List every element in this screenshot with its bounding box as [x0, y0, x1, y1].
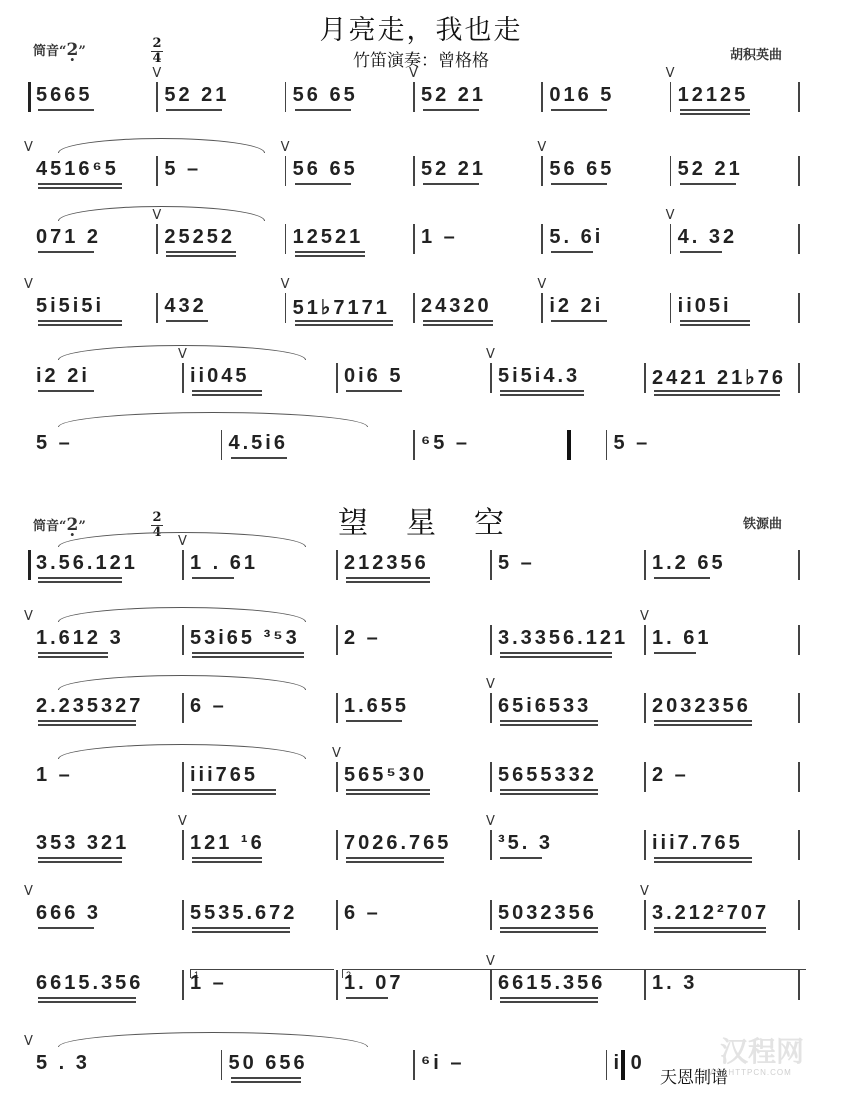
measure: 52 21: [413, 146, 541, 206]
measure: 5032356: [490, 890, 644, 950]
time-top: 2: [152, 511, 161, 525]
breath-mark-icon: V: [24, 884, 33, 899]
beam: [551, 109, 607, 111]
barline: [336, 762, 338, 792]
breath-mark-icon: V: [537, 277, 546, 292]
staff-line: i2 2iii045V0i6 55i5i4.3V2421 21♭76: [28, 353, 803, 413]
notes: 52 21: [678, 158, 743, 181]
notes: 1. 61: [652, 627, 711, 650]
barline: [336, 625, 338, 655]
notes: 52 21: [421, 84, 486, 107]
beam: [192, 394, 262, 396]
time-top: 2: [152, 37, 161, 51]
beam: [38, 109, 94, 111]
measure: 5i5i4.3V: [490, 353, 644, 413]
beam: [38, 861, 122, 863]
notes: 12125: [678, 84, 749, 107]
measure: 56 65: [285, 72, 413, 132]
barline: [28, 550, 31, 580]
breath-mark-icon: V: [537, 140, 546, 155]
barline: [490, 830, 492, 860]
beam: [423, 320, 493, 322]
barline: [156, 82, 158, 112]
notes: 4516⁶5: [36, 158, 119, 181]
measure: 6 –: [182, 683, 336, 743]
barline: [670, 224, 672, 254]
barline: [606, 1050, 608, 1080]
barline: [182, 830, 184, 860]
barline: [336, 693, 338, 723]
measure: i2 2i: [28, 353, 182, 413]
measure: 2421 21♭76: [644, 353, 798, 413]
notes: 2421 21♭76: [652, 365, 786, 390]
notes: 6 –: [190, 695, 227, 718]
notes: 5i5i4.3: [498, 365, 580, 388]
notes: 3.56.121: [36, 552, 138, 575]
beam: [680, 113, 750, 115]
barline: [670, 156, 672, 186]
barline: [670, 293, 672, 323]
beam: [38, 724, 136, 726]
notes: 4.5i6: [229, 432, 288, 455]
notes: 432: [164, 295, 206, 318]
beam: [500, 394, 584, 396]
measure: 56 65V: [285, 146, 413, 206]
measure: i2 2iV: [541, 283, 669, 343]
beam: [192, 577, 234, 579]
barline: [541, 224, 543, 254]
beam: [38, 320, 122, 322]
notes: iii7.765: [652, 832, 743, 855]
measure: 5i5i5iV: [28, 283, 156, 343]
slur: [58, 412, 368, 427]
volta-bracket-1: 1: [190, 969, 334, 978]
measure: 7026.765: [336, 820, 490, 880]
measure: 5535.672: [182, 890, 336, 950]
beam: [551, 251, 593, 253]
barline: [336, 830, 338, 860]
beam: [295, 324, 393, 326]
beam: [346, 997, 388, 999]
slur: [58, 138, 265, 153]
barline: [221, 430, 223, 460]
beam: [423, 324, 493, 326]
barline: [336, 550, 338, 580]
measure: ii05i: [670, 283, 798, 343]
beam: [500, 789, 598, 791]
barline: [285, 82, 287, 112]
notes: 5. 6i: [549, 226, 603, 249]
notes: 25252: [164, 226, 235, 249]
barline: [798, 82, 800, 112]
measure: 0i6 5: [336, 353, 490, 413]
measure: 3.3356.121: [490, 615, 644, 675]
barline: [490, 625, 492, 655]
measure: ii045V: [182, 353, 336, 413]
barline: [798, 156, 800, 186]
slur: [58, 345, 306, 360]
barline: [798, 293, 800, 323]
measure: ⁶5 –: [413, 420, 606, 480]
beam: [654, 861, 752, 863]
barline: [182, 900, 184, 930]
notes: 2032356: [652, 695, 751, 718]
staff-line: 4516⁶5V5 –56 65V52 2156 65V52 21: [28, 146, 803, 206]
beam: [192, 793, 276, 795]
barline: [541, 156, 543, 186]
measure: 1 . 61V: [182, 540, 336, 600]
barline: [798, 550, 800, 580]
beam: [38, 997, 136, 999]
breath-mark-icon: V: [24, 609, 33, 624]
time-bottom: 4: [152, 52, 161, 66]
barline: [644, 830, 646, 860]
measure: 353 321: [28, 820, 182, 880]
beam: [192, 390, 262, 392]
beam: [38, 652, 108, 654]
barline: [798, 224, 800, 254]
slur: [58, 675, 306, 690]
beam: [654, 720, 752, 722]
key-prefix: 筒音“: [33, 519, 66, 534]
piece-1-key: 筒音“2”: [33, 40, 86, 60]
volta-bracket-2: 2: [342, 969, 806, 978]
beam: [38, 581, 122, 583]
notes: 5 –: [36, 432, 73, 455]
barline: [670, 82, 672, 112]
breath-mark-icon: V: [486, 347, 495, 362]
staff-line: 1 –iii765565⁵30V56553322 –: [28, 752, 803, 812]
barline: [336, 363, 338, 393]
beam: [231, 1077, 301, 1079]
barline: [541, 82, 543, 112]
notes: 2 –: [652, 764, 689, 787]
notes: 5665: [36, 84, 93, 107]
beam: [295, 251, 365, 253]
breath-mark-icon: V: [152, 66, 161, 81]
beam: [346, 793, 430, 795]
notes: 5 –: [614, 432, 651, 455]
notes: 5 . 3: [36, 1052, 90, 1075]
beam: [192, 789, 276, 791]
breath-mark-icon: V: [486, 677, 495, 692]
slur: [58, 1032, 368, 1047]
key-suffix: ”: [78, 44, 85, 59]
notes: 3.3356.121: [498, 627, 628, 650]
measure: 666 3V: [28, 890, 182, 950]
measure: 1.655: [336, 683, 490, 743]
beam: [500, 793, 598, 795]
barline: [644, 693, 646, 723]
measure: 5 –: [156, 146, 284, 206]
barline: [798, 830, 800, 860]
measure: 25252V: [156, 214, 284, 274]
measure: 1 –: [413, 214, 541, 274]
measure: 52 21V: [413, 72, 541, 132]
beam: [38, 324, 122, 326]
measure: 5665: [28, 72, 156, 132]
notes: 52 21: [421, 158, 486, 181]
beam: [654, 927, 766, 929]
beam: [192, 931, 290, 933]
measure: 65i6533V: [490, 683, 644, 743]
measure: 2 –: [336, 615, 490, 675]
measure: 12521: [285, 214, 413, 274]
measure: 4.5i6: [221, 420, 414, 480]
beam: [500, 997, 598, 999]
barline: [336, 900, 338, 930]
notes: ii045: [190, 365, 249, 388]
notes: i2 2i: [36, 365, 90, 388]
breath-mark-icon: V: [666, 208, 675, 223]
piece-1-title: 月亮走，我也走: [0, 8, 842, 47]
beam: [680, 324, 750, 326]
breath-mark-icon: V: [24, 277, 33, 292]
beam: [346, 390, 402, 392]
beam: [38, 720, 136, 722]
notes: 5i5i5i: [36, 295, 104, 318]
beam: [551, 320, 607, 322]
beam: [38, 656, 108, 658]
key-prefix: 筒音“: [33, 44, 66, 59]
notes: 353 321: [36, 832, 129, 855]
beam: [38, 1001, 136, 1003]
notes: 212356: [344, 552, 429, 575]
barline: [644, 762, 646, 792]
barline: [413, 1050, 415, 1080]
barline: [285, 293, 287, 323]
beam: [346, 861, 444, 863]
measure: 5 . 3V: [28, 1040, 221, 1097]
barline: [644, 900, 646, 930]
breath-mark-icon: V: [281, 277, 290, 292]
beam: [551, 183, 607, 185]
barline: [156, 224, 158, 254]
beam: [654, 724, 752, 726]
beam: [166, 255, 236, 257]
notes: 12521: [293, 226, 364, 249]
beam: [295, 255, 365, 257]
notes: 1 –: [36, 764, 73, 787]
beam: [680, 109, 750, 111]
barline: [413, 82, 415, 112]
beam: [654, 857, 752, 859]
breath-mark-icon: V: [178, 814, 187, 829]
notes: 5535.672: [190, 902, 297, 925]
barline: [182, 625, 184, 655]
beam: [192, 652, 304, 654]
barline: [490, 693, 492, 723]
breath-mark-icon: V: [24, 1034, 33, 1049]
beam: [654, 390, 780, 392]
measure: 2032356: [644, 683, 798, 743]
beam: [500, 931, 598, 933]
barline: [490, 900, 492, 930]
beam: [654, 394, 780, 396]
measure: 50 656: [221, 1040, 414, 1097]
notes: 5 –: [164, 158, 201, 181]
notes: 0i6 5: [344, 365, 403, 388]
beam: [654, 577, 710, 579]
measure: 51♭7171V: [285, 283, 413, 343]
measure: 6615.356: [28, 960, 182, 1020]
notes: ii05i: [678, 295, 732, 318]
breath-mark-icon: V: [640, 609, 649, 624]
beam: [38, 577, 122, 579]
measure: 565⁵30V: [336, 752, 490, 812]
notes: 1 –: [421, 226, 458, 249]
beam: [654, 931, 766, 933]
beam: [38, 857, 122, 859]
measure: 53i65 ³⁵3: [182, 615, 336, 675]
staff-line: 071 225252V125211 –5. 6i4. 32V: [28, 214, 803, 274]
staff-line: 353 321121 ¹6V7026.765³5. 3Viii7.765: [28, 820, 803, 880]
barline: [621, 1050, 625, 1080]
beam: [423, 183, 479, 185]
notes: 666 3: [36, 902, 101, 925]
barline: [182, 550, 184, 580]
barline: [606, 430, 608, 460]
key-note: 2: [66, 515, 78, 535]
beam: [295, 320, 393, 322]
measure: 1.612 3V: [28, 615, 182, 675]
measure: 2 –: [644, 752, 798, 812]
measure: 52 21V: [156, 72, 284, 132]
measure: iii7.765: [644, 820, 798, 880]
measure: 5 –: [28, 420, 221, 480]
beam: [346, 581, 430, 583]
staff-line: 1.612 3V53i65 ³⁵32 –3.3356.1211. 61V: [28, 615, 803, 675]
measure: 212356: [336, 540, 490, 600]
measure: 4516⁶5V: [28, 146, 156, 206]
piece-2-composer: 铁源曲: [743, 513, 782, 532]
measure: 2.235327: [28, 683, 182, 743]
measure: 3.212²707V: [644, 890, 798, 950]
notes: 1.2 65: [652, 552, 726, 575]
staff-line: 566552 21V56 6552 21V016 512125V: [28, 72, 803, 132]
beam: [166, 109, 222, 111]
barline: [285, 224, 287, 254]
barline: [413, 224, 415, 254]
measure: ³5. 3V: [490, 820, 644, 880]
measure: 5 –: [490, 540, 644, 600]
barline: [182, 762, 184, 792]
measure: 24320: [413, 283, 541, 343]
notes: 52 21: [164, 84, 229, 107]
measure: 1 –: [28, 752, 182, 812]
beam: [231, 457, 287, 459]
key-suffix: ”: [78, 519, 85, 534]
beam: [192, 927, 290, 929]
barline: [798, 625, 800, 655]
breath-mark-icon: V: [24, 140, 33, 155]
slur: [58, 744, 306, 759]
notes: 5032356: [498, 902, 597, 925]
beam: [166, 320, 208, 322]
notes: 565⁵30: [344, 764, 427, 787]
notes: 1 . 61: [190, 552, 258, 575]
beam: [654, 652, 696, 654]
piece-1-time-signature: 2 4: [151, 37, 163, 66]
barline: [182, 970, 184, 1000]
beam: [38, 187, 122, 189]
beam: [192, 857, 262, 859]
barline: [798, 363, 800, 393]
beam: [500, 652, 612, 654]
breath-mark-icon: V: [409, 66, 418, 81]
beam: [680, 183, 736, 185]
barline: [541, 293, 543, 323]
beam: [38, 183, 122, 185]
notes: 56 65: [293, 158, 358, 181]
notes: 071 2: [36, 226, 101, 249]
notes: 50 656: [229, 1052, 308, 1075]
notes: 121 ¹6: [190, 832, 265, 855]
measure: 6 –: [336, 890, 490, 950]
beam: [192, 656, 304, 658]
notes: ³5. 3: [498, 832, 553, 855]
notes: 016 5: [549, 84, 614, 107]
notes: 4. 32: [678, 226, 737, 249]
notes: 7026.765: [344, 832, 451, 855]
beam: [500, 927, 598, 929]
watermark-logo: 汉程网: [720, 1030, 804, 1070]
beam: [346, 720, 402, 722]
notes: 5 –: [498, 552, 535, 575]
measure: 5. 6i: [541, 214, 669, 274]
barline: [336, 970, 338, 1000]
key-note: 2: [66, 40, 78, 60]
beam: [500, 390, 584, 392]
measure: 4. 32V: [670, 214, 798, 274]
beam: [423, 109, 479, 111]
barline: [798, 693, 800, 723]
notes: 1.612 3: [36, 627, 124, 650]
barline: [156, 293, 158, 323]
measure: 56 65V: [541, 146, 669, 206]
notes: 24320: [421, 295, 492, 318]
staff-line: 5 –4.5i6⁶5 –5 –: [28, 420, 803, 480]
transcriber-credit: 天恩制谱: [660, 1063, 728, 1088]
measure: 12125V: [670, 72, 798, 132]
beam: [346, 577, 430, 579]
barline: [490, 550, 492, 580]
beam: [38, 927, 94, 929]
notes: ⁶5 –: [421, 432, 470, 455]
barline: [182, 363, 184, 393]
beam: [500, 656, 612, 658]
barline: [644, 625, 646, 655]
barline: [413, 430, 415, 460]
beam: [38, 251, 94, 253]
beam: [500, 720, 598, 722]
beam: [295, 109, 351, 111]
breath-mark-icon: V: [640, 884, 649, 899]
measure: 071 2: [28, 214, 156, 274]
barline: [413, 293, 415, 323]
measure: 5 –: [606, 420, 799, 480]
notes: i2 2i: [549, 295, 603, 318]
beam: [192, 861, 262, 863]
notes: 51♭7171: [293, 295, 390, 320]
beam: [500, 1001, 598, 1003]
measure: 52 21: [670, 146, 798, 206]
notes: 56 65: [549, 158, 614, 181]
barline: [156, 156, 158, 186]
notes: 2 –: [344, 627, 381, 650]
beam: [346, 789, 430, 791]
breath-mark-icon: V: [666, 66, 675, 81]
